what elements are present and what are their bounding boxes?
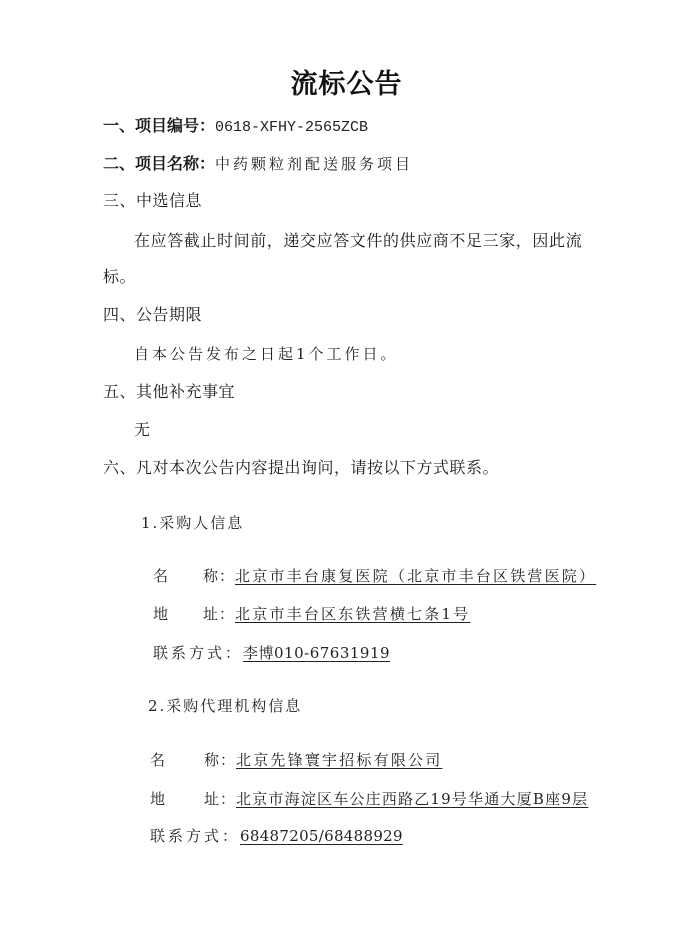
notice-period-body: 自本公告发布之日起1个工作日。: [134, 344, 399, 364]
agency-info-heading: 2.采购代理机构信息: [148, 696, 302, 716]
purchaser-info-heading: 1.采购人信息: [141, 513, 244, 533]
purchaser-address-row: 地址：北京市丰台区东铁营横七条1号: [153, 604, 470, 624]
project-name-row: 二、项目名称：中药颗粒剂配送服务项目: [103, 154, 413, 174]
agency-name-label-a: 名: [150, 750, 200, 770]
agency-contact-value: 68487205/68488929: [240, 827, 403, 845]
selection-info-body-line1: 在应答截止时间前，递交应答文件的供应商不足三家，因此流: [134, 231, 582, 251]
purchaser-contact-value: 李博010-67631919: [243, 644, 390, 662]
project-number-row: 一、项目编号：0618-XFHY-2565ZCB: [103, 116, 368, 138]
agency-address-label-a: 地: [150, 789, 200, 809]
agency-address-row: 地址：北京市海淀区车公庄西路乙19号华通大厦B座9层: [150, 789, 588, 809]
project-name-label: 二、项目名称：: [103, 154, 215, 173]
agency-name-label-b: 称：: [200, 750, 236, 770]
project-number-value: 0618-XFHY-2565ZCB: [215, 119, 368, 136]
project-number-label: 一、项目编号：: [103, 116, 215, 135]
project-name-value: 中药颗粒剂配送服务项目: [215, 155, 413, 173]
purchaser-contact-label: 联系方式：: [153, 643, 243, 663]
purchaser-name-label-a: 名: [153, 566, 203, 586]
other-matters-body: 无: [134, 420, 151, 440]
other-matters-heading: 五、其他补充事宜: [103, 382, 235, 402]
purchaser-address-value: 北京市丰台区东铁营横七条1号: [235, 605, 470, 623]
agency-contact-row: 联系方式：68487205/68488929: [150, 826, 403, 846]
selection-info-body-line2: 标。: [103, 267, 136, 287]
contact-heading: 六、凡对本次公告内容提出询问，请按以下方式联系。: [103, 458, 499, 478]
purchaser-address-label-b: 址：: [203, 604, 235, 624]
page-title: 流标公告: [0, 62, 693, 101]
purchaser-name-label-b: 称：: [203, 566, 235, 586]
agency-address-label-b: 址：: [200, 789, 236, 809]
purchaser-name-value: 北京市丰台康复医院（北京市丰台区铁营医院）: [235, 567, 596, 585]
agency-address-value: 北京市海淀区车公庄西路乙19号华通大厦B座9层: [236, 790, 588, 808]
announcement-page: 流标公告 一、项目编号：0618-XFHY-2565ZCB 二、项目名称：中药颗…: [0, 0, 693, 925]
purchaser-contact-row: 联系方式：李博010-67631919: [153, 643, 390, 663]
agency-name-value: 北京先锋寰宇招标有限公司: [236, 751, 442, 769]
selection-info-heading: 三、中选信息: [103, 191, 202, 211]
agency-contact-label: 联系方式：: [150, 826, 240, 846]
purchaser-address-label-a: 地: [153, 604, 203, 624]
notice-period-heading: 四、公告期限: [103, 305, 202, 325]
agency-name-row: 名称：北京先锋寰宇招标有限公司: [150, 750, 442, 770]
purchaser-name-row: 名称：北京市丰台康复医院（北京市丰台区铁营医院）: [153, 566, 596, 586]
